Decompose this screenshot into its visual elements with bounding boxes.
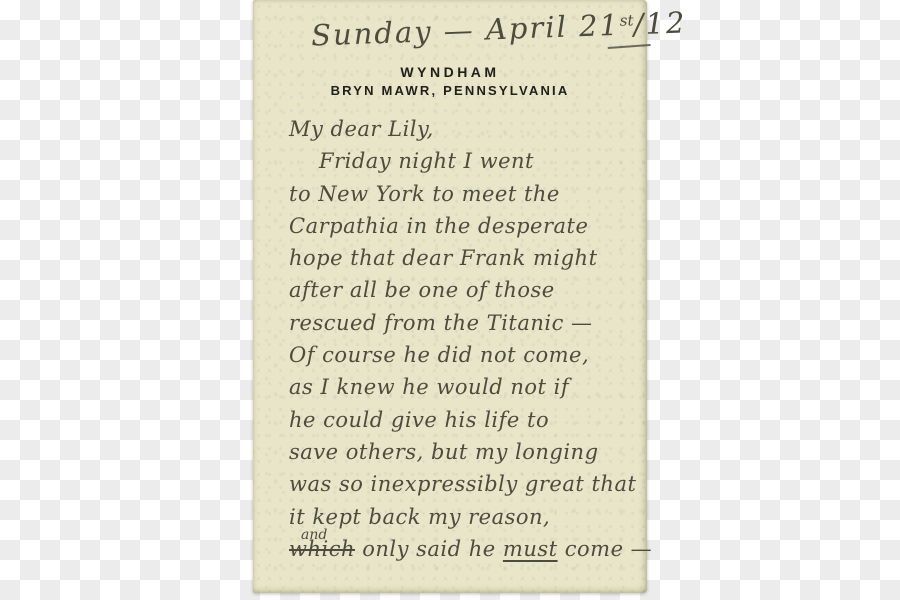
date-ordinal: st (619, 11, 633, 29)
date-day: 21 (578, 8, 620, 43)
letter-line-1: Friday night I went (289, 145, 635, 177)
letter-line-2: to New York to meet the (289, 178, 635, 210)
letter-line-6: rescued from the Titanic — (289, 307, 635, 339)
letter-line-7: Of course he did not come, (289, 339, 635, 371)
transparency-checkerboard-background: Sunday — April 21st/12 WYNDHAM BRYN MAWR… (0, 0, 900, 600)
letterhead-address: BRYN MAWR, PENNSYLVANIA (253, 83, 647, 98)
letter-line-12: it kept back my reason, (289, 501, 635, 533)
letter-body: My dear Lily, Friday night I went to New… (253, 113, 647, 565)
final-line-middle: only said he (362, 537, 496, 561)
date-day-group: 21st/12 (578, 5, 687, 43)
inserted-word: and (301, 519, 327, 551)
letter-line-5: after all be one of those (289, 274, 635, 306)
underlined-word: must (503, 537, 558, 561)
letterhead: WYNDHAM BRYN MAWR, PENNSYLVANIA (253, 64, 647, 98)
letter-line-11: was so inexpressibly great that (289, 468, 635, 500)
correction-group: and which (289, 533, 355, 565)
letter-paper: Sunday — April 21st/12 WYNDHAM BRYN MAWR… (253, 0, 647, 593)
letter-line-3: Carpathia in the desperate (289, 210, 635, 242)
handwritten-date: Sunday — April 21st/12 (311, 5, 687, 52)
letter-line-4: hope that dear Frank might (289, 242, 635, 274)
date-year: /12 (633, 5, 687, 41)
letter-line-10: save others, but my longing (289, 436, 635, 468)
letter-final-line: and which only said he must come — (289, 533, 635, 565)
final-line-ending: come — (565, 537, 652, 561)
letterhead-name: WYNDHAM (253, 64, 647, 80)
letter-line-8: as I knew he would not if (289, 371, 635, 403)
salutation: My dear Lily, (289, 113, 635, 145)
date-prefix: Sunday — April (311, 10, 569, 53)
letter-line-9: he could give his life to (289, 404, 635, 436)
